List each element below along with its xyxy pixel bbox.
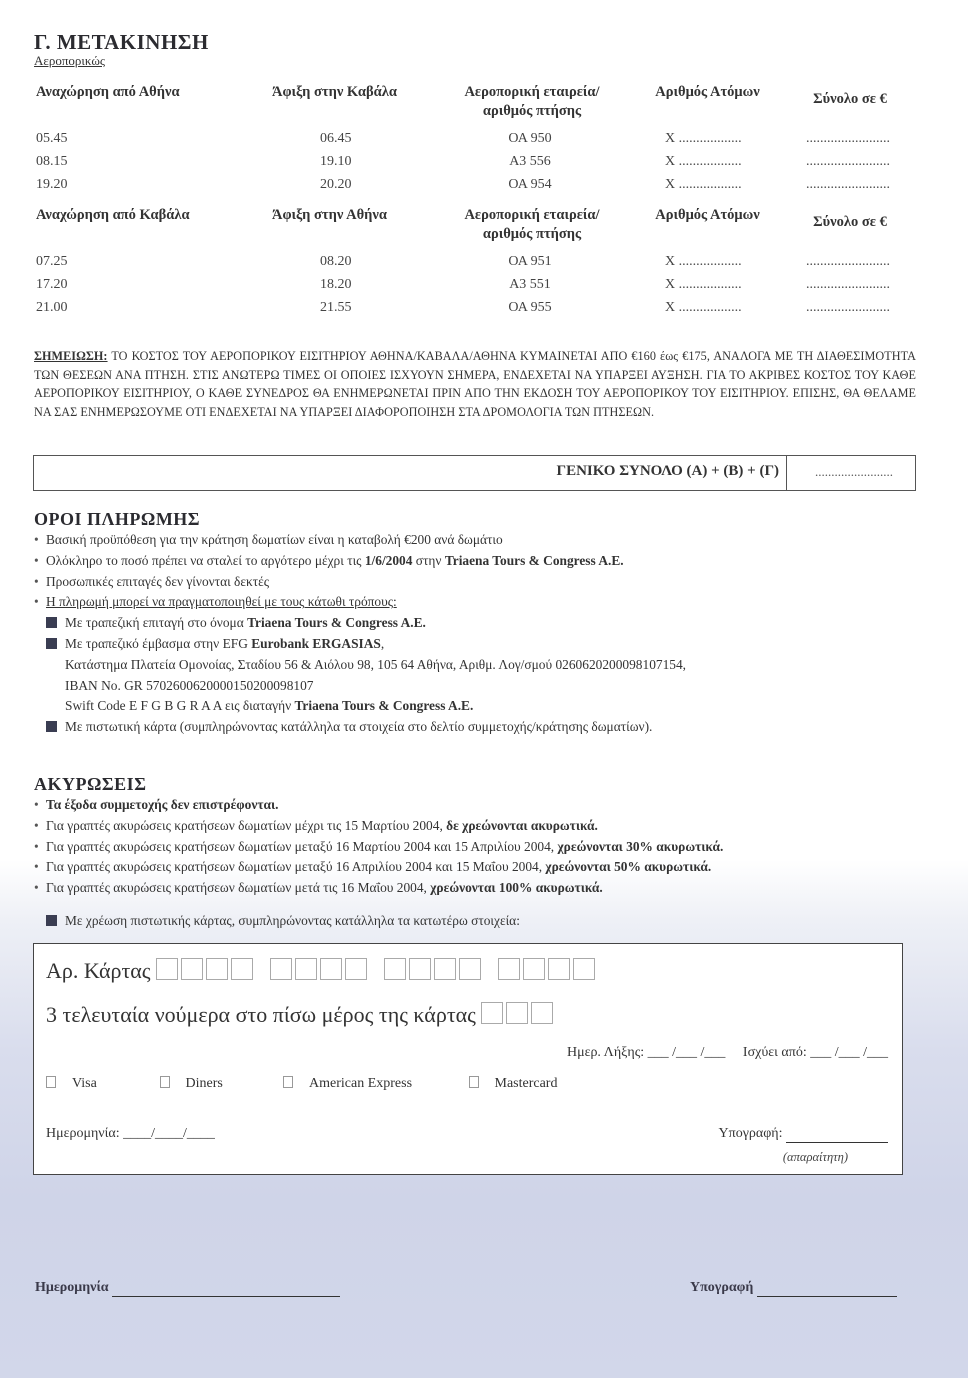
item-emphasis: χρεώνονται 50% ακυρωτικά.: [545, 859, 711, 874]
list-item: •Για γραπτές ακυρώσεις κρατήσεων δωματίω…: [34, 816, 934, 837]
flight-number: ΟΑ 954: [470, 177, 590, 193]
square-bullet-icon: [46, 638, 57, 649]
date-field[interactable]: ____/____/____: [123, 1126, 215, 1141]
digit-box[interactable]: [320, 958, 342, 980]
digit-box[interactable]: [345, 958, 367, 980]
item-text: Με τραπεζική επιταγή στο όνομα: [65, 615, 247, 630]
swift-code: Swift Code E F G B G R A A εις διαταγήν …: [34, 696, 934, 717]
total-field[interactable]: ........................: [806, 154, 906, 170]
departure-time: 07.25: [36, 254, 156, 270]
square-bullet-icon: [46, 617, 57, 628]
item-text: Για γραπτές ακυρώσεις κρατήσεων δωματίων…: [46, 859, 545, 874]
bullet-icon: •: [34, 795, 46, 816]
digit-box[interactable]: [156, 958, 178, 980]
digit-box[interactable]: [481, 1002, 503, 1024]
flight-number: Α3 556: [470, 154, 590, 170]
company-name: Triaena Tours & Congress A.E.: [445, 553, 624, 568]
digit-box[interactable]: [206, 958, 228, 980]
persons-field[interactable]: Χ ..................: [665, 300, 765, 316]
flight-number: ΟΑ 955: [470, 300, 590, 316]
option-label: Visa: [72, 1076, 97, 1091]
checkbox-icon[interactable]: [160, 1076, 170, 1088]
digit-box[interactable]: [506, 1002, 528, 1024]
item-text: Με τραπεζικό έμβασμα στην EFG: [65, 636, 251, 651]
digit-box[interactable]: [434, 958, 456, 980]
checkbox-icon[interactable]: [283, 1076, 293, 1088]
payment-method: Με πιστωτική κάρτα (συμπληρώνοντας κατάλ…: [34, 717, 934, 738]
arrival-time: 08.20: [320, 254, 380, 270]
credit-card-form: Αρ. Κάρτας 3 τελευταία νούμερα στο πίσω …: [33, 943, 903, 1175]
payment-method: Με τραπεζικό έμβασμα στην EFG Eurobank E…: [34, 634, 934, 655]
item-text: Με πιστωτική κάρτα (συμπληρώνοντας κατάλ…: [65, 719, 652, 734]
persons-field[interactable]: Χ ..................: [665, 154, 765, 170]
section-subtitle: Αεροπορικώς: [34, 53, 105, 69]
form-signature-row: Υπογραφή:: [719, 1126, 888, 1143]
header-departure-kavala: Αναχώρηση από Καβάλα: [36, 206, 190, 225]
bank-name: Eurobank ERGASIAS: [251, 636, 381, 651]
cvv-label: 3 τελευταία νούμερα στο πίσω μέρος της κ…: [46, 1002, 476, 1027]
total-field[interactable]: ........................: [806, 131, 906, 147]
cvv-row: 3 τελευταία νούμερα στο πίσω μέρος της κ…: [46, 1002, 556, 1028]
item-text: στην: [412, 553, 444, 568]
list-item: •Τα έξοδα συμμετοχής δεν επιστρέφονται.: [34, 795, 934, 816]
arrival-time: 19.10: [320, 154, 380, 170]
header-arrival-athens: Άφιξη στην Αθήνα: [272, 206, 387, 225]
cvv-input[interactable]: [481, 1002, 556, 1027]
note-label: ΣΗΜΕΙΩΣΗ:: [34, 349, 108, 363]
bullet-icon: •: [34, 551, 46, 572]
item-text: Για γραπτές ακυρώσεις κρατήσεων δωματίων…: [46, 818, 446, 833]
item-text: Ολόκληρο το ποσό πρέπει να σταλεί το αργ…: [46, 553, 365, 568]
header-airline: Αεροπορική εταιρεία/ αριθμός πτήσης: [447, 206, 617, 244]
footer-signature-field[interactable]: [757, 1280, 897, 1297]
card-type-options: Visa Diners American Express Mastercard: [46, 1076, 609, 1092]
cancellations-list: •Τα έξοδα συμμετοχής δεν επιστρέφονται. …: [34, 795, 934, 899]
total-field[interactable]: ........................: [806, 300, 906, 316]
grand-total-label: ΓΕΝΙΚΟ ΣΥΝΟΛΟ (Α) + (Β) + (Γ): [557, 463, 779, 480]
valid-from-label: Ισχύει από:: [743, 1045, 807, 1060]
digit-box[interactable]: [548, 958, 570, 980]
expiry-date-field[interactable]: ___ /___ /___: [648, 1045, 726, 1060]
list-item: •Προσωπικές επιταγές δεν γίνονται δεκτές: [34, 572, 934, 593]
header-airline: Αεροπορική εταιρεία/ αριθμός πτήσης: [447, 83, 617, 121]
item-text: Προσωπικές επιταγές δεν γίνονται δεκτές: [46, 574, 269, 589]
card-type-diners[interactable]: Diners: [160, 1076, 280, 1092]
bullet-icon: •: [34, 878, 46, 899]
signature-field[interactable]: [786, 1126, 888, 1143]
bullet-icon: •: [34, 572, 46, 593]
digit-box[interactable]: [295, 958, 317, 980]
card-type-mastercard[interactable]: Mastercard: [469, 1076, 609, 1092]
square-bullet-icon: [46, 721, 57, 732]
signature-required-note: (απαραίτητη): [783, 1150, 848, 1165]
section-title: Γ. ΜΕΤΑΚΙΝΗΣΗ: [34, 30, 209, 55]
departure-time: 08.15: [36, 154, 156, 170]
digit-box[interactable]: [181, 958, 203, 980]
card-number-row: Αρ. Κάρτας: [46, 958, 598, 984]
list-item: •Για γραπτές ακυρώσεις κρατήσεων δωματίω…: [34, 837, 934, 858]
payment-method: Με τραπεζική επιταγή στο όνομα Triaena T…: [34, 613, 934, 634]
persons-field[interactable]: Χ ..................: [665, 177, 765, 193]
item-text: Για γραπτές ακυρώσεις κρατήσεων δωματίων…: [46, 880, 430, 895]
departure-time: 17.20: [36, 277, 156, 293]
total-field[interactable]: ........................: [806, 254, 906, 270]
bullet-icon: •: [34, 837, 46, 858]
bullet-icon: •: [34, 530, 46, 551]
list-item: •Για γραπτές ακυρώσεις κρατήσεων δωματίω…: [34, 878, 934, 899]
arrival-time: 18.20: [320, 277, 380, 293]
arrival-time: 06.45: [320, 131, 380, 147]
valid-from-field[interactable]: ___ /___ /___: [810, 1045, 888, 1060]
option-label: Mastercard: [495, 1076, 558, 1091]
flight-number: Α3 551: [470, 277, 590, 293]
card-form-intro: Με χρέωση πιστωτικής κάρτας, συμπληρώνον…: [46, 913, 520, 929]
item-text: Τα έξοδα συμμετοχής δεν επιστρέφονται.: [46, 797, 278, 812]
cancellations-title: ΑΚΥΡΩΣΕΙΣ: [34, 774, 146, 795]
form-date-row: Ημερομηνία: ____/____/____: [46, 1126, 215, 1142]
item-emphasis: χρεώνονται 30% ακυρωτικά.: [558, 839, 724, 854]
signature-label: Υπογραφή:: [719, 1126, 783, 1141]
payment-terms-title: ΟΡΟΙ ΠΛΗΡΩΜΗΣ: [34, 509, 200, 530]
digit-box[interactable]: [409, 958, 431, 980]
item-text: Για γραπτές ακυρώσεις κρατήσεων δωματίων…: [46, 839, 558, 854]
flight-number: ΟΑ 951: [470, 254, 590, 270]
digit-box[interactable]: [384, 958, 406, 980]
digit-box[interactable]: [270, 958, 292, 980]
footer-date-field[interactable]: [112, 1280, 340, 1297]
square-bullet-icon: [46, 915, 57, 926]
list-item: •Βασική προϋπόθεση για την κράτηση δωματ…: [34, 530, 934, 551]
item-emphasis: δε χρεώνονται ακυρωτικά.: [446, 818, 598, 833]
date-label: Ημερομηνία:: [46, 1126, 120, 1141]
bullet-icon: •: [34, 816, 46, 837]
header-departure-athens: Αναχώρηση από Αθήνα: [36, 83, 180, 102]
intro-text: Με χρέωση πιστωτικής κάρτας, συμπληρώνον…: [65, 913, 520, 928]
footer-date: Ημερομηνία: [35, 1280, 340, 1297]
footer-date-label: Ημερομηνία: [35, 1280, 109, 1295]
total-field[interactable]: ........................: [806, 177, 906, 193]
digit-box[interactable]: [531, 1002, 553, 1024]
punctuation: ,: [381, 636, 384, 651]
list-item: •Ολόκληρο το ποσό πρέπει να σταλεί το αρ…: [34, 551, 934, 572]
departure-time: 21.00: [36, 300, 156, 316]
persons-field[interactable]: Χ ..................: [665, 254, 765, 270]
footer-signature-label: Υπογραφή: [690, 1280, 753, 1295]
flight-number: ΟΑ 950: [470, 131, 590, 147]
digit-box[interactable]: [459, 958, 481, 980]
card-type-amex[interactable]: American Express: [283, 1076, 465, 1092]
airfare-note: ΣΗΜΕΙΩΣΗ: ΤΟ ΚΟΣΤΟΣ ΤΟΥ ΑΕΡΟΠΟΡΙΚΟΥ ΕΙΣΙ…: [34, 347, 916, 421]
departure-time: 05.45: [36, 131, 156, 147]
dates-row: Ημερ. Λήξης: ___ /___ /___ Ισχύει από: _…: [567, 1045, 888, 1061]
header-persons: Αριθμός Ατόμων: [640, 206, 775, 225]
total-field[interactable]: ........................: [806, 277, 906, 293]
list-item: •Η πληρωμή μπορεί να πραγματοποιηθεί με …: [34, 592, 934, 613]
option-label: Diners: [186, 1076, 223, 1091]
item-emphasis: χρεώνονται 100% ακυρωτικά.: [430, 880, 603, 895]
card-number-input[interactable]: [156, 958, 598, 983]
payment-terms-list: •Βασική προϋπόθεση για την κράτηση δωματ…: [34, 530, 934, 738]
checkbox-icon[interactable]: [469, 1076, 479, 1088]
card-type-visa[interactable]: Visa: [46, 1076, 156, 1092]
item-text: Βασική προϋπόθεση για την κράτηση δωματί…: [46, 532, 503, 547]
divider: [786, 456, 787, 490]
grand-total-field[interactable]: ........................: [815, 464, 893, 480]
company-name: Triaena Tours & Congress A.E.: [247, 615, 426, 630]
digit-box[interactable]: [231, 958, 253, 980]
footer-signature: Υπογραφή: [690, 1280, 897, 1297]
digit-box[interactable]: [498, 958, 520, 980]
deadline-date: 1/6/2004: [365, 553, 413, 568]
bullet-icon: •: [34, 592, 46, 613]
arrival-time: 20.20: [320, 177, 380, 193]
list-item: •Για γραπτές ακυρώσεις κρατήσεων δωματίω…: [34, 857, 934, 878]
checkbox-icon[interactable]: [46, 1076, 56, 1088]
header-total-eur: Σύνολο σε €: [800, 90, 900, 109]
item-text: Η πληρωμή μπορεί να πραγματοποιηθεί με τ…: [46, 594, 397, 609]
digit-box[interactable]: [523, 958, 545, 980]
item-text: Swift Code E F G B G R A A εις διαταγήν: [65, 698, 295, 713]
persons-field[interactable]: Χ ..................: [665, 277, 765, 293]
header-arrival-kavala: Άφιξη στην Καβάλα: [272, 83, 397, 102]
note-text: ΤΟ ΚΟΣΤΟΣ ΤΟΥ ΑΕΡΟΠΟΡΙΚΟΥ ΕΙΣΙΤΗΡΙΟΥ ΑΘΗ…: [34, 349, 916, 419]
bullet-icon: •: [34, 857, 46, 878]
bank-branch-details: Κατάστημα Πλατεία Ομονοίας, Σταδίου 56 &…: [34, 655, 934, 676]
departure-time: 19.20: [36, 177, 156, 193]
header-total-eur: Σύνολο σε €: [800, 213, 900, 232]
expiry-label: Ημερ. Λήξης:: [567, 1045, 644, 1060]
persons-field[interactable]: Χ ..................: [665, 131, 765, 147]
company-name: Triaena Tours & Congress A.E.: [295, 698, 474, 713]
digit-box[interactable]: [573, 958, 595, 980]
card-number-label: Αρ. Κάρτας: [46, 958, 151, 983]
arrival-time: 21.55: [320, 300, 380, 316]
iban: IBAN No. GR 5702600620000150200098107: [34, 676, 934, 697]
header-persons: Αριθμός Ατόμων: [640, 83, 775, 102]
grand-total-box: ΓΕΝΙΚΟ ΣΥΝΟΛΟ (Α) + (Β) + (Γ) ..........…: [33, 455, 916, 491]
option-label: American Express: [309, 1076, 412, 1091]
